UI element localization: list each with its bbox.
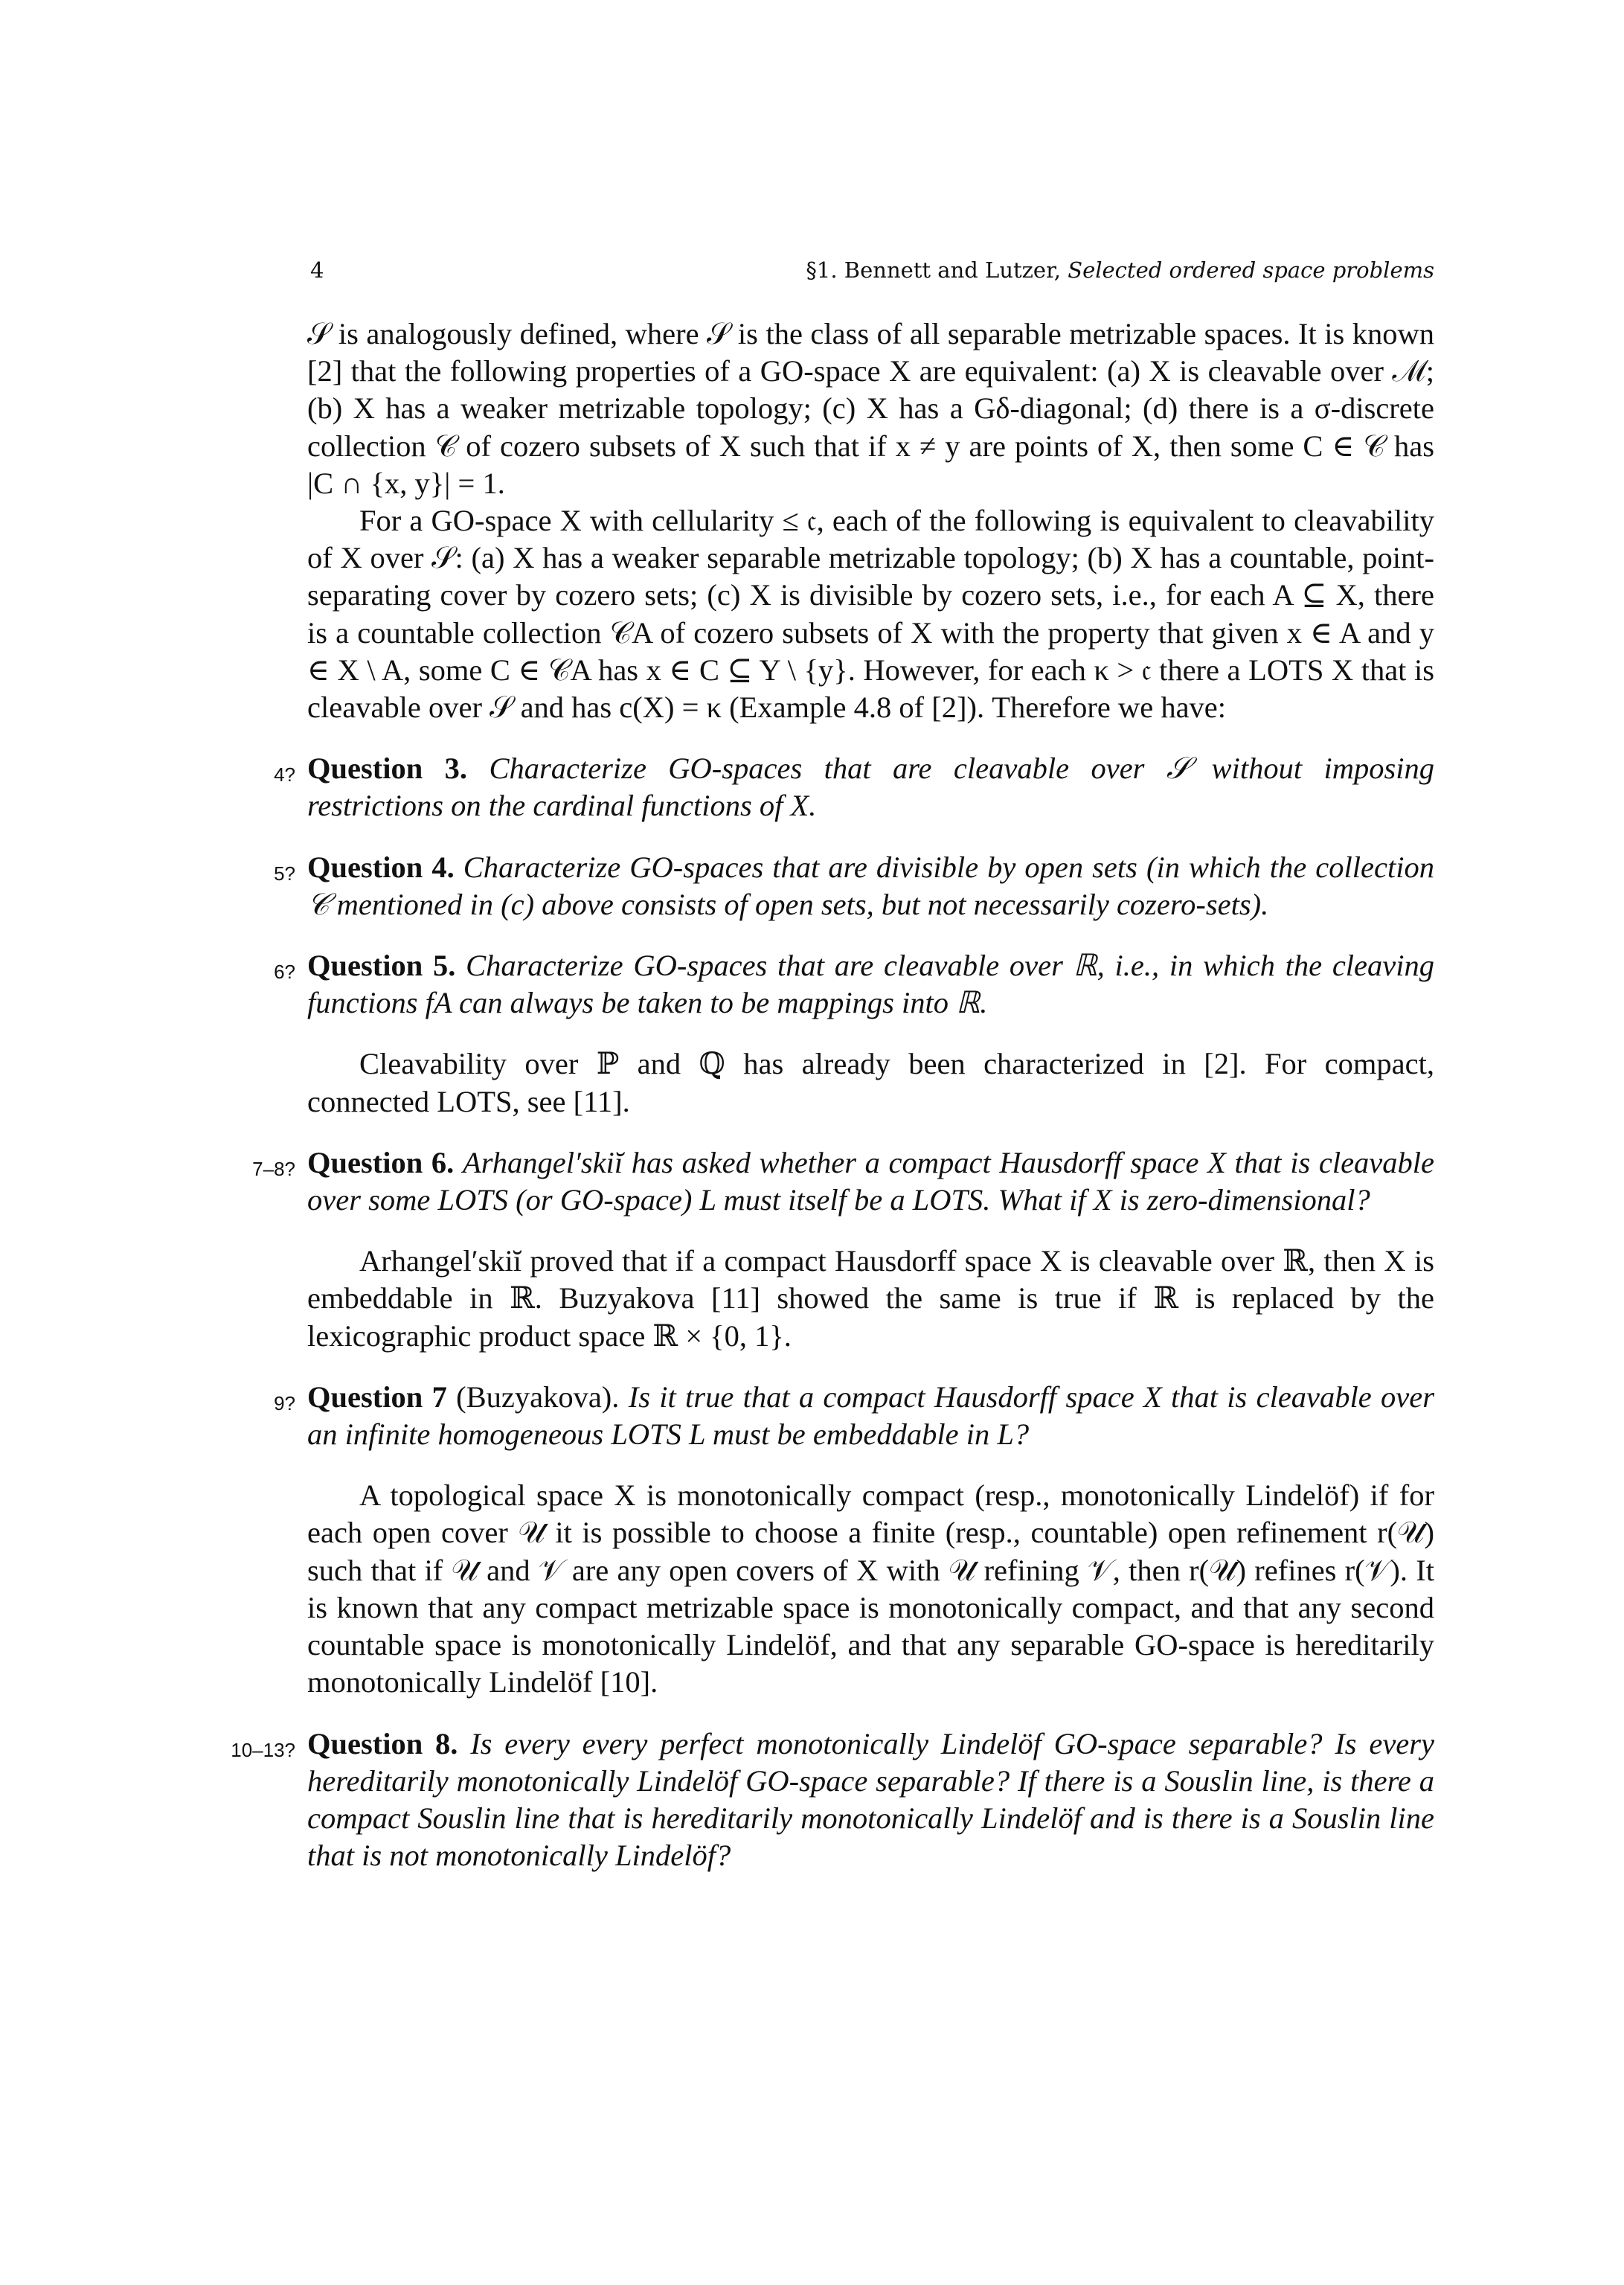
question-label: Question 6. [307, 1146, 454, 1179]
margin-problem-number: 6? [0, 953, 295, 990]
question-text: Is every every perfect monotonically Lin… [307, 1727, 1434, 1873]
margin-problem-number: 4? [0, 756, 295, 793]
page: 4 §1. Bennett and Lutzer, Selected order… [307, 251, 1434, 1874]
question-text: Characterize GO-spaces that are cleavabl… [307, 751, 1434, 822]
running-head: 4 §1. Bennett and Lutzer, Selected order… [307, 251, 1434, 289]
paragraph: 𝒮 is analogously defined, where 𝒮 is the… [307, 315, 1434, 502]
question-4: 5? Question 4. Characterize GO-spaces th… [307, 849, 1434, 923]
question-3: 4? Question 3. Characterize GO-spaces th… [307, 750, 1434, 824]
question-attribution: (Buzyakova). [456, 1380, 619, 1414]
paragraph: Cleavability over ℙ and ℚ has already be… [307, 1045, 1434, 1120]
paragraph: Arhangel′skiĭ proved that if a compact H… [307, 1243, 1434, 1355]
question-6: 7–8? Question 6. Arhangel′skiĭ has asked… [307, 1144, 1434, 1219]
question-5: 6? Question 5. Characterize GO-spaces th… [307, 947, 1434, 1022]
running-title-italic: Selected ordered space problems [1068, 257, 1434, 283]
body-text: 𝒮 is analogously defined, where 𝒮 is the… [307, 315, 1434, 1874]
question-text: Characterize GO-spaces that are cleavabl… [307, 949, 1434, 1019]
running-title: §1. Bennett and Lutzer, Selected ordered… [806, 251, 1434, 289]
question-text: Characterize GO-spaces that are divisibl… [307, 850, 1434, 921]
question-label: Question 3. [307, 751, 467, 785]
question-label: Question 8. [307, 1727, 458, 1760]
question-label: Question 4. [307, 850, 455, 884]
question-label: Question 5. [307, 949, 455, 982]
question-label: Question 7 [307, 1380, 447, 1414]
margin-problem-number: 7–8? [0, 1150, 295, 1188]
page-number: 4 [310, 251, 324, 289]
question-text: Arhangel′skiĭ has asked whether a compac… [307, 1146, 1434, 1217]
question-8: 10–13? Question 8. Is every every perfec… [307, 1725, 1434, 1875]
paragraph: A topological space X is monotonically c… [307, 1477, 1434, 1701]
question-7: 9? Question 7 (Buzyakova). Is it true th… [307, 1379, 1434, 1453]
paragraph: For a GO-space X with cellularity ≤ 𝔠, e… [307, 502, 1434, 726]
margin-problem-number: 5? [0, 855, 295, 892]
margin-problem-number: 9? [0, 1385, 295, 1422]
section-label: §1. Bennett and Lutzer, [806, 257, 1061, 283]
margin-problem-number: 10–13? [0, 1731, 295, 1769]
